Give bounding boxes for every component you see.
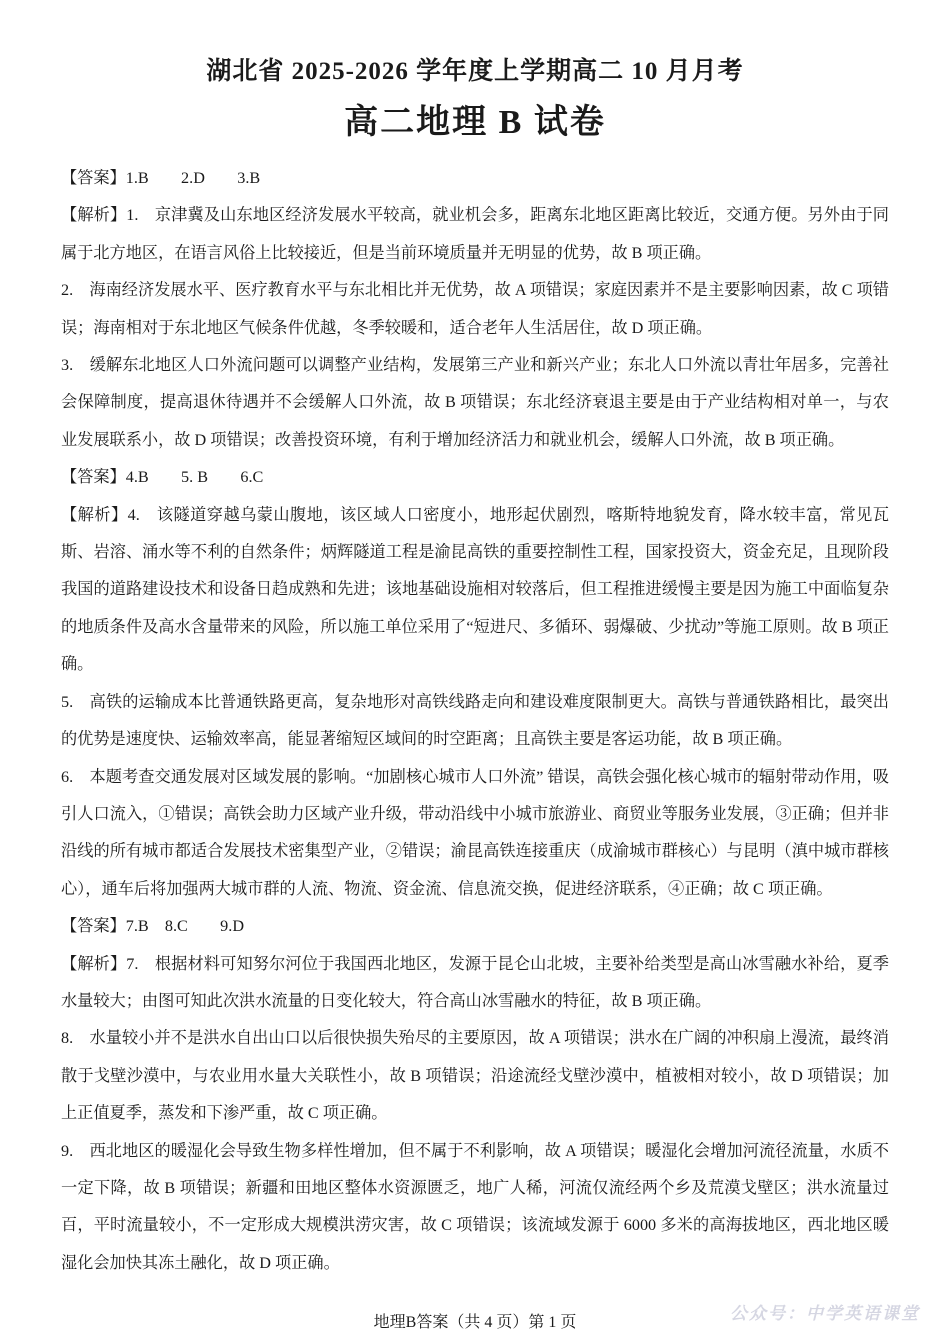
exam-title: 湖北省 2025-2026 学年度上学期高二 10 月月考 xyxy=(61,56,889,88)
analysis-paragraph-q9: 9. 西北地区的暖湿化会导致生物多样性增加，但不属于不利影响，故 A 项错误；暖… xyxy=(61,1133,889,1283)
analysis-paragraph-q3: 3. 缓解东北地区人口外流问题可以调整产业结构，发展第三产业和新兴产业；东北人口… xyxy=(61,347,889,459)
paper-subtitle: 高二地理 B 试卷 xyxy=(61,101,889,145)
analysis-paragraph-q7: 【解析】7. 根据材料可知努尔河位于我国西北地区，发源于昆仑山北坡，主要补给类型… xyxy=(61,946,889,1021)
answer-line-q4-6: 【答案】4.B 5. B 6.C xyxy=(61,459,889,496)
page-body: 湖北省 2025-2026 学年度上学期高二 10 月月考 高二地理 B 试卷 … xyxy=(0,56,950,1282)
analysis-paragraph-q5: 5. 高铁的运输成本比普通铁路更高，复杂地形对高铁线路走向和建设难度限制更大。高… xyxy=(61,684,889,759)
answer-content: 【答案】1.B 2.D 3.B 【解析】1. 京津冀及山东地区经济发展水平较高，… xyxy=(61,160,889,1282)
answer-line-q7-9: 【答案】7.B 8.C 9.D xyxy=(61,908,889,945)
answer-line-q1-3: 【答案】1.B 2.D 3.B xyxy=(61,160,889,197)
analysis-paragraph-q1: 【解析】1. 京津冀及山东地区经济发展水平较高，就业机会多，距离东北地区距离比较… xyxy=(61,197,889,272)
watermark-text: 公众号：中学英语课堂 xyxy=(730,1299,920,1324)
analysis-paragraph-q6: 6. 本题考查交通发展对区域发展的影响。“加剧核心城市人口外流” 错误，高铁会强… xyxy=(61,759,889,909)
exam-answer-page: 湖北省 2025-2026 学年度上学期高二 10 月月考 高二地理 B 试卷 … xyxy=(0,0,950,1344)
analysis-paragraph-q4: 【解析】4. 该隧道穿越乌蒙山腹地，该区域人口密度小，地形起伏剧烈，喀斯特地貌发… xyxy=(61,497,889,684)
analysis-paragraph-q2: 2. 海南经济发展水平、医疗教育水平与东北相比并无优势，故 A 项错误；家庭因素… xyxy=(61,272,889,347)
analysis-paragraph-q8: 8. 水量较小并不是洪水自出山口以后很快损失殆尽的主要原因，故 A 项错误；洪水… xyxy=(61,1020,889,1132)
